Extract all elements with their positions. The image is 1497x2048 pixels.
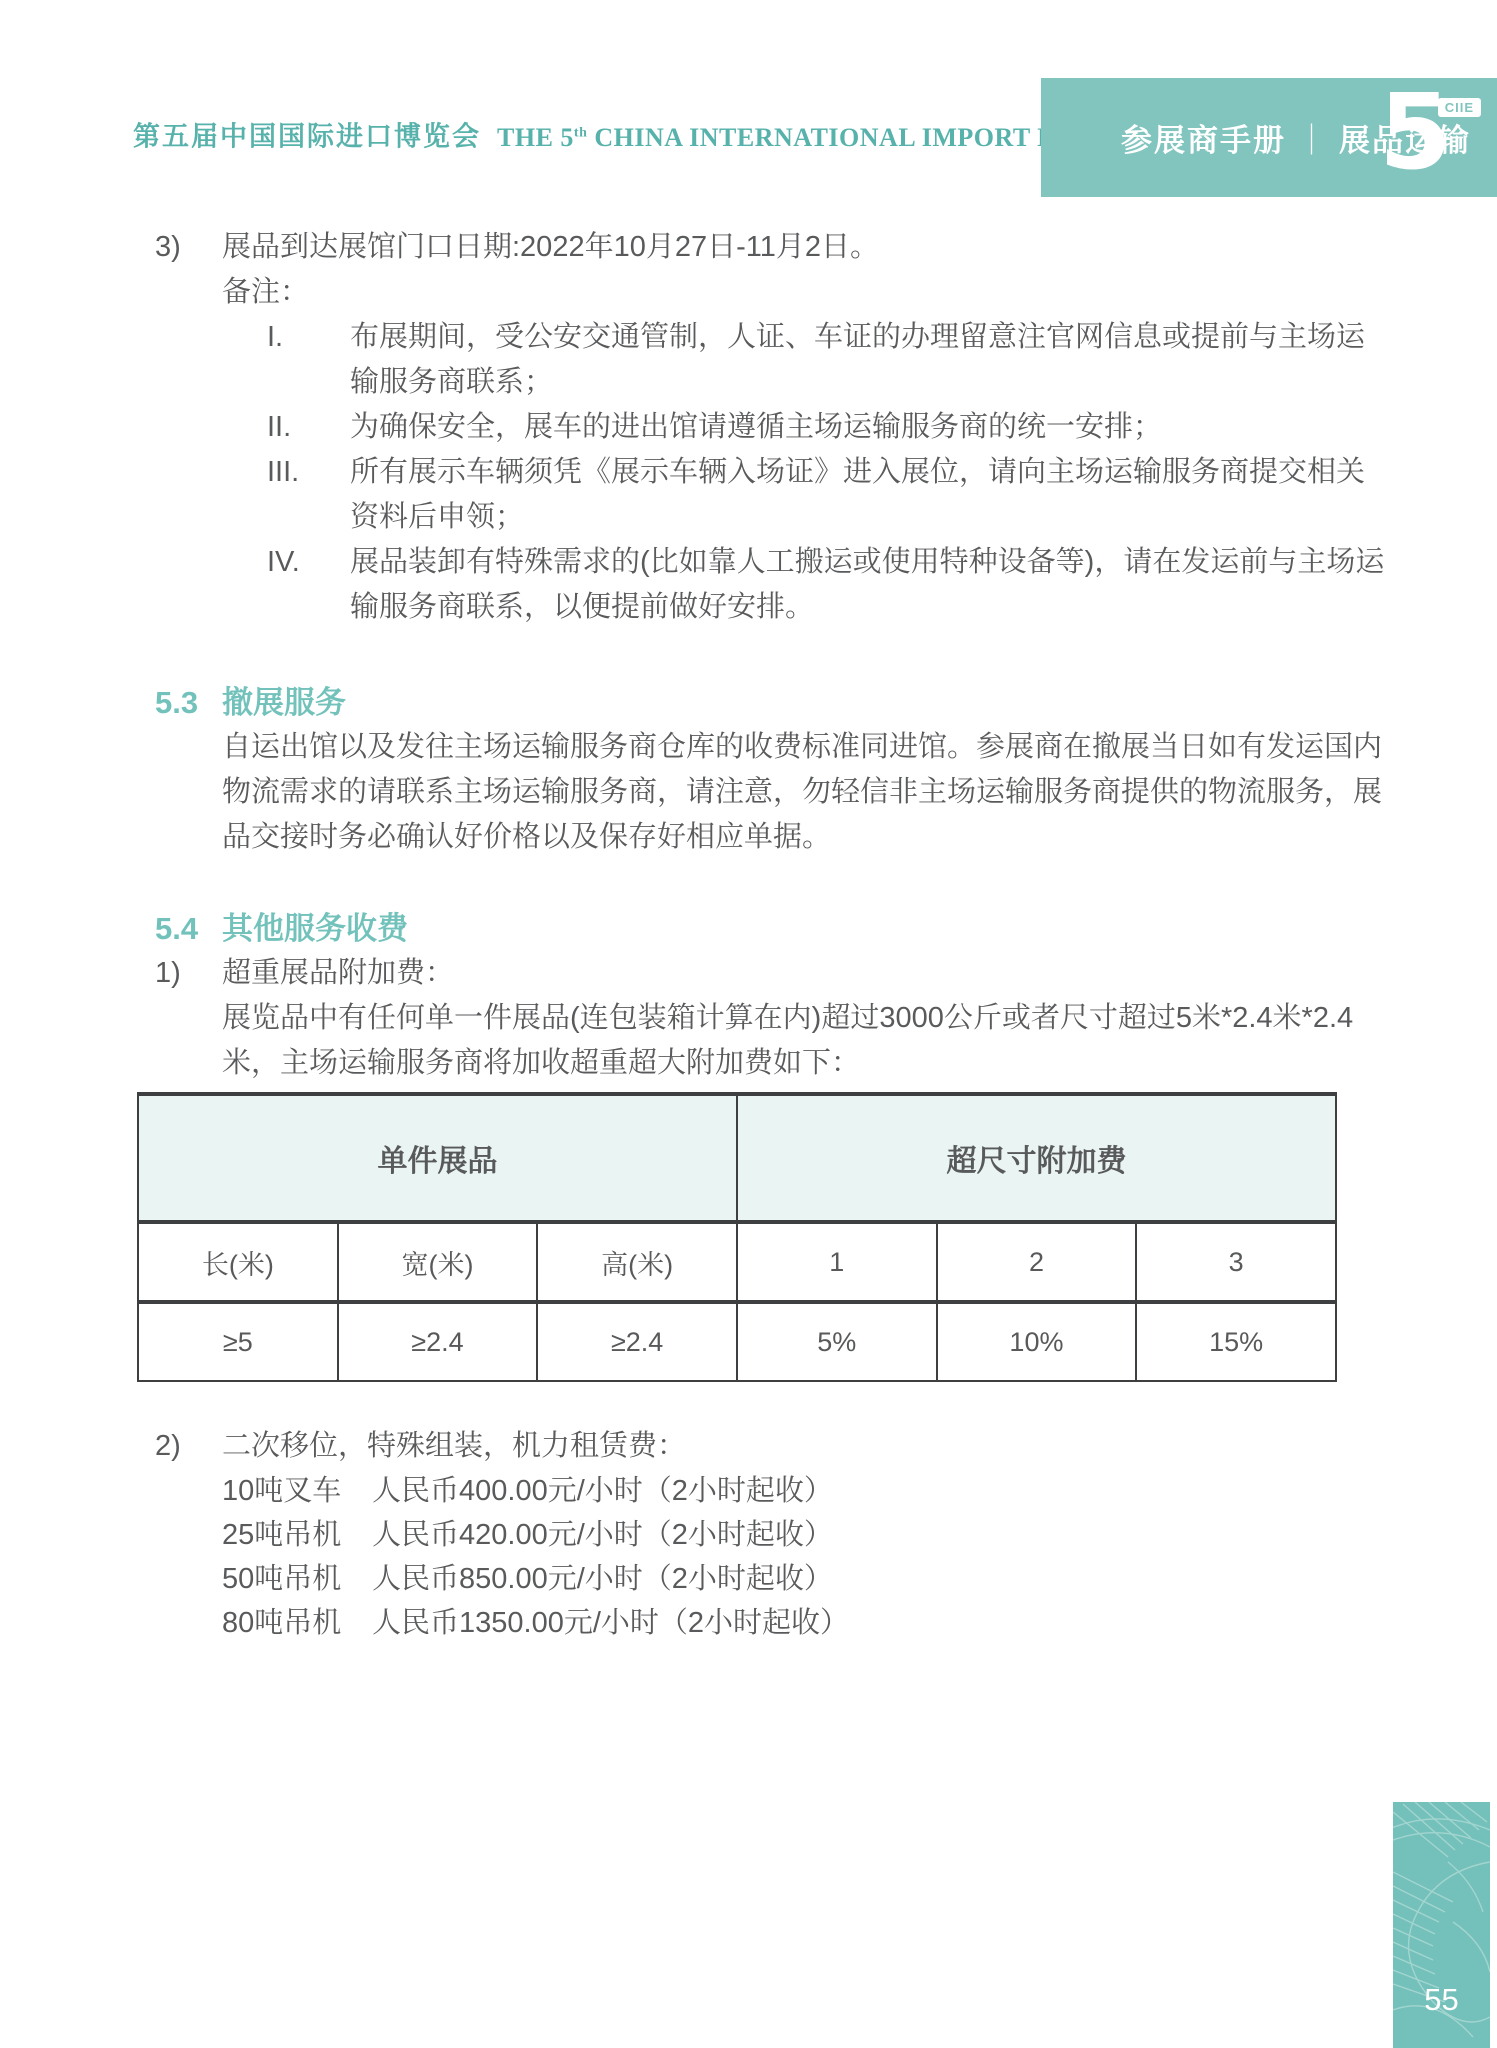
section-5-4-title: 其他服务收费: [222, 906, 408, 951]
fee-line-crane-25t: 25吨吊机 人民币420.00元/小时（2小时起收）: [222, 1513, 1395, 1557]
footer-sidebar: 55: [1393, 1802, 1490, 2048]
chapter-banner: 参展商手册 ｜ 展品运输 5 CIIE: [1041, 78, 1497, 197]
oversize-surcharge-table: 单件展品 超尺寸附加费 长(米) 宽(米) 高(米) 1 2 3 ≥5 ≥2.4…: [137, 1092, 1337, 1382]
expo-brand-english-post: CHINA INTERNATIONAL IMPORT EXPO: [587, 123, 1111, 152]
section-5-3-title: 撤展服务: [222, 680, 346, 725]
expo-brand-english-sup: th: [574, 125, 587, 140]
fee-equipment: 80吨吊机: [222, 1601, 372, 1645]
fee-equipment: 25吨吊机: [222, 1513, 372, 1557]
item-1-number: 1): [155, 951, 222, 996]
col-header-2: 2: [937, 1222, 1137, 1302]
cell-length-value: ≥5: [138, 1302, 338, 1381]
fee-line-forklift-10t: 10吨叉车 人民币400.00元/小时（2小时起收）: [222, 1469, 1395, 1513]
group-header-single-exhibit: 单件展品: [138, 1094, 737, 1222]
col-header-height: 高(米): [537, 1222, 737, 1302]
item-1-body: 展览品中有任何单一件展品(连包装箱计算在内)超过3000公斤或者尺寸超过5米*2…: [222, 996, 1385, 1086]
note-item-1: I. 布展期间，受公安交通管制，人证、车证的办理留意注官网信息或提前与主场运输服…: [155, 315, 1395, 405]
fee-line-crane-50t: 50吨吊机 人民币850.00元/小时（2小时起收）: [222, 1557, 1395, 1601]
fee-price: 人民币850.00元/小时（2小时起收）: [372, 1557, 833, 1601]
section-5-3: 5.3 撤展服务 自运出馆以及发往主场运输服务商仓库的收费标准同进馆。参展商在撤…: [155, 680, 1395, 860]
section-5-4-heading: 5.4 其他服务收费: [155, 906, 1395, 951]
table-group-header-row: 单件展品 超尺寸附加费: [138, 1094, 1336, 1222]
ciie-5-numeral: 5: [1379, 80, 1451, 184]
fee-line-crane-80t: 80吨吊机 人民币1350.00元/小时（2小时起收）: [222, 1601, 1395, 1645]
item-2-number: 2): [155, 1424, 222, 1469]
section-5-4-number: 5.4: [155, 906, 222, 951]
note-2-text: 为确保安全，展车的进出馆请遵循主场运输服务商的统一安排；: [350, 405, 1390, 450]
fee-price: 人民币420.00元/小时（2小时起收）: [372, 1513, 833, 1557]
note-label: 备注：: [222, 270, 1395, 315]
note-item-2: II. 为确保安全，展车的进出馆请遵循主场运输服务商的统一安排；: [155, 405, 1395, 450]
col-header-3: 3: [1136, 1222, 1336, 1302]
col-header-1: 1: [737, 1222, 937, 1302]
note-4-text: 展品装卸有特殊需求的(比如靠人工搬运或使用特种设备等)，请在发运前与主场运输服务…: [350, 540, 1390, 630]
cell-width-value: ≥2.4: [338, 1302, 538, 1381]
table-column-header-row: 长(米) 宽(米) 高(米) 1 2 3: [138, 1222, 1336, 1302]
fee-equipment: 10吨叉车: [222, 1469, 372, 1513]
expo-brand-chinese: 第五届中国国际进口博览会: [133, 122, 481, 152]
fee-equipment: 50吨吊机: [222, 1557, 372, 1601]
note-3-text: 所有展示车辆须凭《展示车辆入场证》进入展位，请向主场运输服务商提交相关资料后申领…: [350, 450, 1390, 540]
item-3-text: 展品到达展馆门口日期:2022年10月27日-11月2日。: [222, 225, 1395, 270]
item-3-number: 3): [155, 225, 222, 270]
ciie-5-logo: 5 CIIE: [1379, 92, 1481, 184]
expo-brand: 第五届中国国际进口博览会THE 5th CHINA INTERNATIONAL …: [133, 116, 1111, 159]
banner-manual-label: 参展商手册: [1121, 115, 1286, 160]
item-2-block: 2) 二次移位，特殊组装，机力租赁费： 10吨叉车 人民币400.00元/小时（…: [155, 1424, 1395, 1645]
col-header-length: 长(米): [138, 1222, 338, 1302]
fee-price: 人民币400.00元/小时（2小时起收）: [372, 1469, 833, 1513]
group-header-oversize-surcharge: 超尺寸附加费: [737, 1094, 1336, 1222]
expo-brand-english-pre: THE 5: [497, 123, 574, 152]
item-3-line: 3) 展品到达展馆门口日期:2022年10月27日-11月2日。: [155, 225, 1395, 270]
note-3-numeral: III.: [267, 450, 350, 540]
item-1-title: 超重展品附加费：: [222, 951, 1395, 996]
note-item-4: IV. 展品装卸有特殊需求的(比如靠人工搬运或使用特种设备等)，请在发运前与主场…: [155, 540, 1395, 630]
page-number: 55: [1393, 1982, 1490, 2018]
item-1-line: 1) 超重展品附加费：: [155, 951, 1395, 996]
item-3-block: 3) 展品到达展馆门口日期:2022年10月27日-11月2日。 备注： I. …: [155, 225, 1395, 630]
note-1-text: 布展期间，受公安交通管制，人证、车证的办理留意注官网信息或提前与主场运输服务商联…: [350, 315, 1390, 405]
item-2-title: 二次移位，特殊组装，机力租赁费：: [222, 1424, 1395, 1469]
note-item-3: III. 所有展示车辆须凭《展示车辆入场证》进入展位，请向主场运输服务商提交相关…: [155, 450, 1395, 540]
note-1-numeral: I.: [267, 315, 350, 405]
table-data-row: ≥5 ≥2.4 ≥2.4 5% 10% 15%: [138, 1302, 1336, 1381]
section-5-3-heading: 5.3 撤展服务: [155, 680, 1395, 725]
section-5-3-number: 5.3: [155, 680, 222, 725]
banner-divider: ｜: [1296, 115, 1329, 160]
fee-price: 人民币1350.00元/小时（2小时起收）: [372, 1601, 849, 1645]
expo-brand-english: THE 5th CHINA INTERNATIONAL IMPORT EXPO: [497, 123, 1111, 152]
cell-surcharge-3: 15%: [1136, 1302, 1336, 1381]
item-2-line: 2) 二次移位，特殊组装，机力租赁费：: [155, 1424, 1395, 1469]
cell-surcharge-1: 5%: [737, 1302, 937, 1381]
ciie-logo-text: CIIE: [1438, 98, 1481, 117]
section-5-3-body: 自运出馆以及发往主场运输服务商仓库的收费标准同进馆。参展商在撤展当日如有发运国内…: [222, 725, 1385, 860]
note-4-numeral: IV.: [267, 540, 350, 630]
section-5-4: 5.4 其他服务收费 1) 超重展品附加费： 展览品中有任何单一件展品(连包装箱…: [155, 906, 1395, 1086]
note-2-numeral: II.: [267, 405, 350, 450]
cell-surcharge-2: 10%: [937, 1302, 1137, 1381]
manual-page: 第五届中国国际进口博览会THE 5th CHINA INTERNATIONAL …: [0, 0, 1497, 2048]
note-label-line: 备注：: [155, 270, 1395, 315]
cell-height-value: ≥2.4: [537, 1302, 737, 1381]
col-header-width: 宽(米): [338, 1222, 538, 1302]
